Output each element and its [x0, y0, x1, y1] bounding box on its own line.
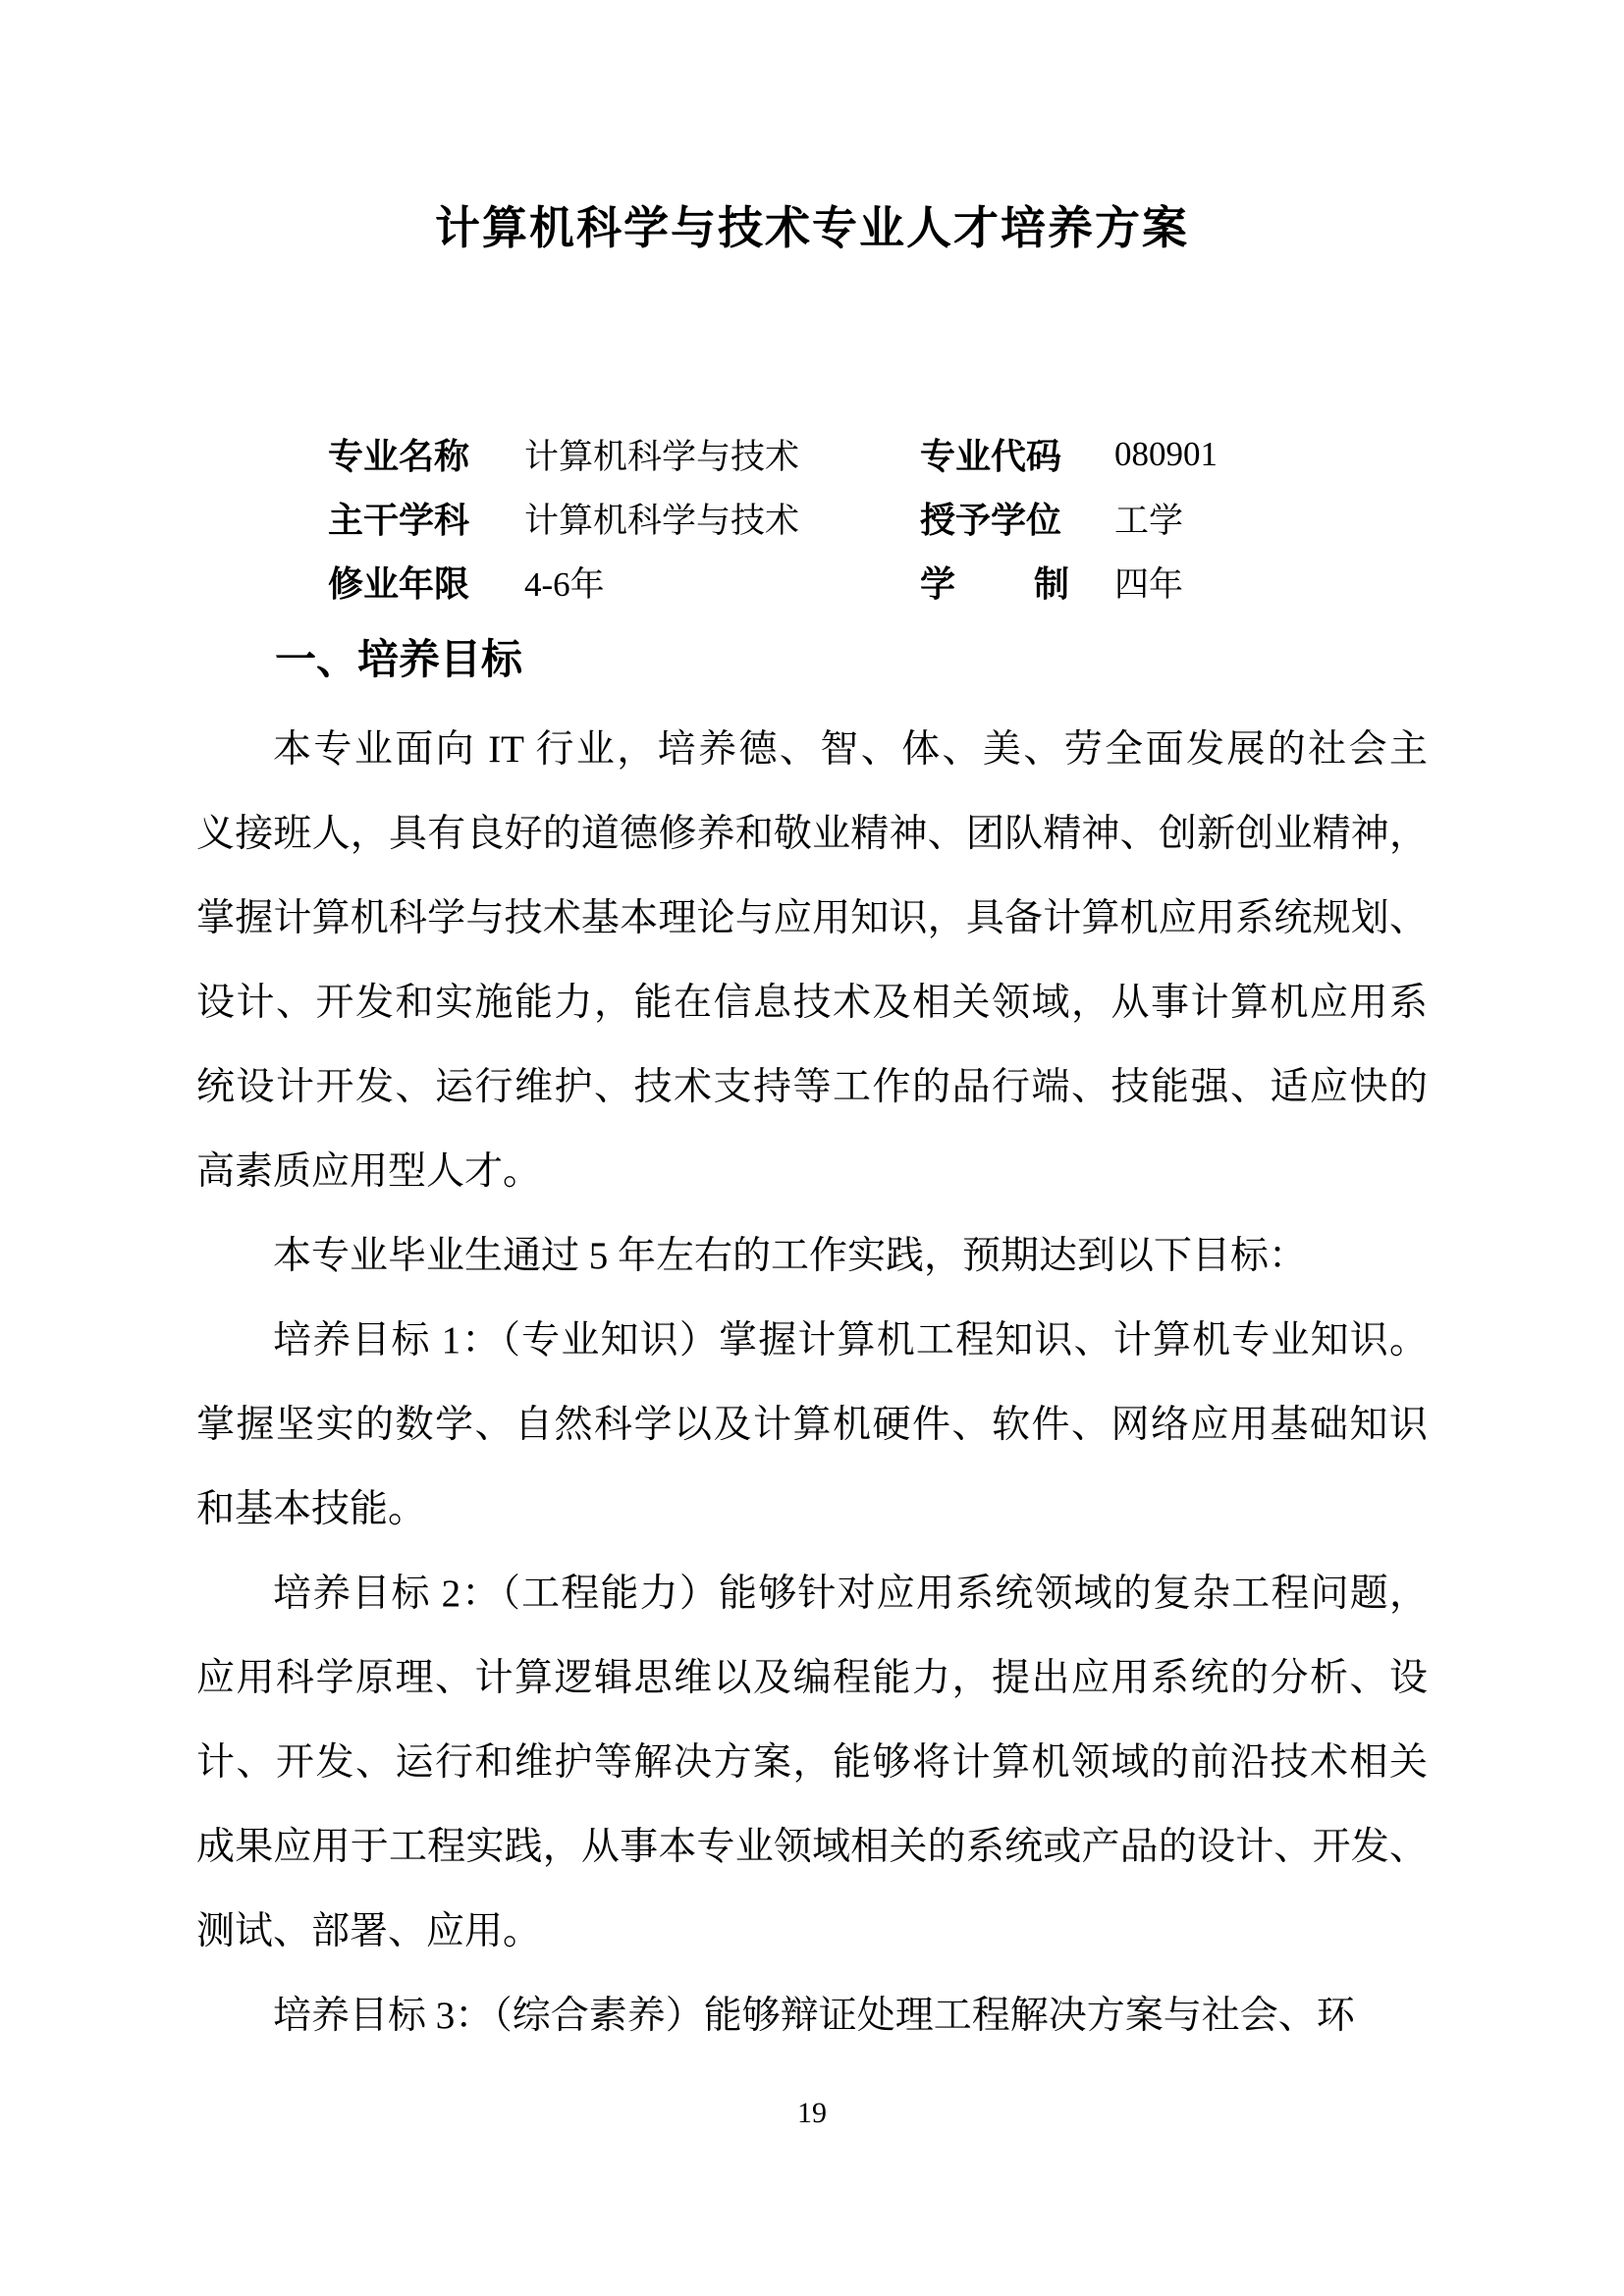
paragraph-4-line-3: 计、开发、运行和维护等解决方案，能够将计算机领域的前沿技术相关: [196, 1721, 1428, 1805]
major-name-value: 计算机科学与技术: [524, 430, 920, 479]
paragraph-4-line-4: 成果应用于工程实践，从事本专业领域相关的系统或产品的设计、开发、: [196, 1805, 1428, 1890]
study-duration-label: 修业年限: [328, 557, 477, 607]
core-discipline-value: 计算机科学与技术: [524, 494, 920, 543]
paragraph-3-line-3: 和基本技能。: [196, 1468, 1428, 1552]
paragraph-3-line-1: 培养目标 1：（专业知识）掌握计算机工程知识、计算机专业知识。: [196, 1299, 1428, 1383]
section-heading-training-objectives: 一、培养目标: [196, 633, 1428, 688]
document-title: 计算机科学与技术专业人才培养方案: [196, 198, 1428, 257]
paragraph-4-line-2: 应用科学原理、计算逻辑思维以及编程能力，提出应用系统的分析、设: [196, 1636, 1428, 1721]
paragraph-4-line-5: 测试、部署、应用。: [196, 1890, 1428, 1974]
schooling-system-value: 四年: [1114, 558, 1183, 607]
paragraph-3-line-2: 掌握坚实的数学、自然科学以及计算机硬件、软件、网络应用基础知识: [196, 1383, 1428, 1468]
degree-awarded-value: 工学: [1114, 494, 1183, 543]
paragraph-2-line-1: 本专业毕业生通过 5 年左右的工作实践，预期达到以下目标：: [196, 1214, 1428, 1299]
paragraph-1-line-4: 设计、开发和实施能力，能在信息技术及相关领域，从事计算机应用系: [196, 961, 1428, 1045]
major-code-value: 080901: [1114, 435, 1218, 474]
paragraph-1-line-2: 义接班人，具有良好的道德修养和敬业精神、团队精神、创新创业精神，: [196, 792, 1428, 877]
paragraph-1-line-3: 掌握计算机科学与技术基本理论与应用知识，具备计算机应用系统规划、: [196, 877, 1428, 961]
section-body: 本专业面向 IT 行业，培养德、智、体、美、劳全面发展的社会主义接班人，具有良好…: [196, 708, 1428, 2058]
paragraph-4-line-1: 培养目标 2：（工程能力）能够针对应用系统领域的复杂工程问题，: [196, 1552, 1428, 1636]
page-number: 19: [0, 2097, 1624, 2130]
schooling-system-label: 学制: [920, 557, 1069, 607]
page-content: 计算机科学与技术专业人才培养方案 专业名称 计算机科学与技术 专业代码 0809…: [0, 198, 1624, 2058]
degree-awarded-label: 授予学位: [920, 493, 1069, 543]
paragraph-5-line-1: 培养目标 3：（综合素养）能够辩证处理工程解决方案与社会、环: [196, 1974, 1428, 2058]
study-duration-value: 4-6年: [524, 558, 920, 607]
info-row-1: 专业名称 计算机科学与技术 专业代码 080901: [196, 422, 1428, 486]
paragraph-1-line-6: 高素质应用型人才。: [196, 1130, 1428, 1214]
paragraph-1-line-1: 本专业面向 IT 行业，培养德、智、体、美、劳全面发展的社会主: [196, 708, 1428, 792]
info-row-3: 修业年限 4-6年 学制 四年: [196, 550, 1428, 614]
info-row-2: 主干学科 计算机科学与技术 授予学位 工学: [196, 486, 1428, 550]
document-page: 计算机科学与技术专业人才培养方案 专业名称 计算机科学与技术 专业代码 0809…: [0, 0, 1624, 2296]
major-name-label: 专业名称: [328, 429, 477, 479]
paragraph-1-line-5: 统设计开发、运行维护、技术支持等工作的品行端、技能强、适应快的: [196, 1045, 1428, 1130]
major-info-table: 专业名称 计算机科学与技术 专业代码 080901 主干学科 计算机科学与技术 …: [196, 422, 1428, 614]
core-discipline-label: 主干学科: [328, 493, 477, 543]
major-code-label: 专业代码: [920, 429, 1069, 479]
